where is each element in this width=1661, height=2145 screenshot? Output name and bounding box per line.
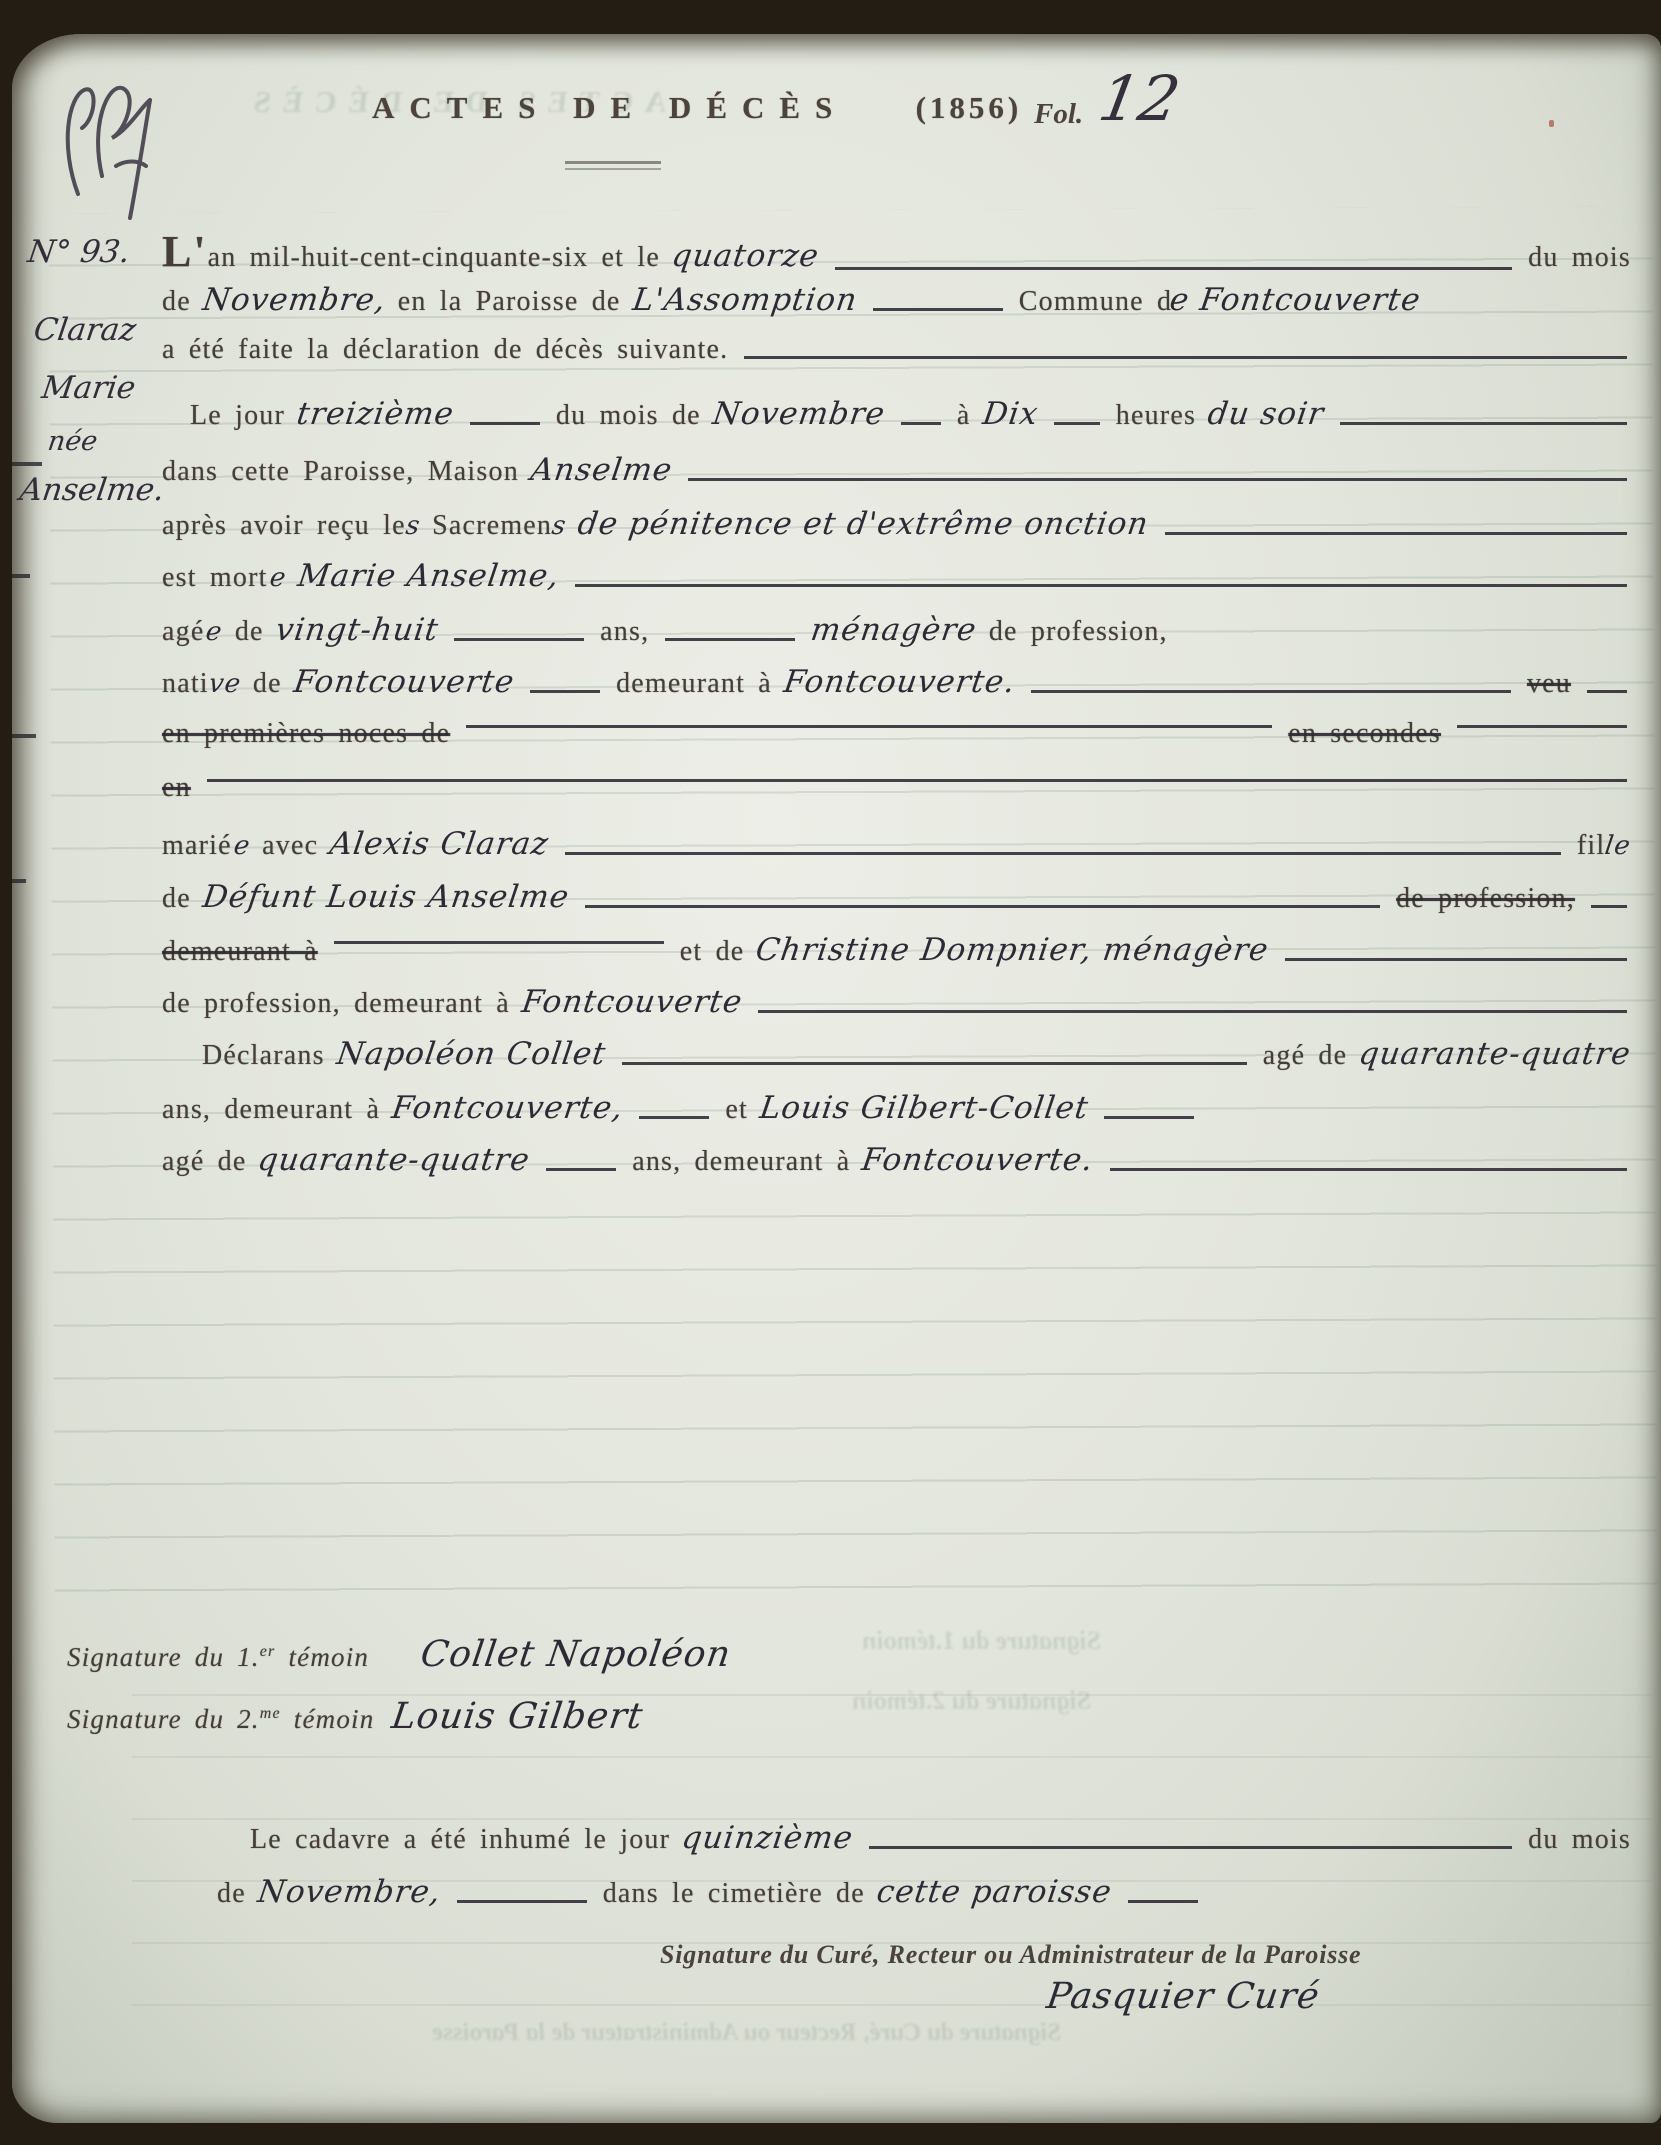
printed-text: et de bbox=[680, 936, 745, 968]
margin-nee: née bbox=[46, 426, 100, 457]
witness2-label-sup: me bbox=[260, 1705, 281, 1722]
handwritten-gender-mark: e bbox=[267, 563, 288, 593]
act-line-age-profession: agé e de vingt-huit ans, ménagère de pro… bbox=[162, 612, 1631, 648]
act-line-mother: demeurant à et de Christine Dompnier, mé… bbox=[162, 932, 1631, 968]
printed-text: de profession, demeurant à bbox=[162, 988, 510, 1020]
act-line-first-marriage-struck: en premières noces de en secondes bbox=[162, 718, 1631, 750]
printed-text: avec bbox=[262, 830, 318, 862]
handwritten-plural-mark: s bbox=[550, 511, 569, 541]
printed-text: du mois bbox=[1528, 242, 1631, 274]
handwritten-declarant2-age: quarante-quatre bbox=[256, 1142, 533, 1178]
fill-rule bbox=[869, 1846, 1512, 1849]
handwritten-day-name: treizième bbox=[295, 396, 457, 432]
printed-text: à bbox=[957, 400, 971, 432]
handwritten-sacraments: de pénitence et d'extrême onction bbox=[576, 506, 1152, 542]
act-line-declarant1: Déclarans Napoléon Collet agé de quarant… bbox=[162, 1036, 1631, 1072]
printed-text: du mois bbox=[1528, 1824, 1631, 1856]
ink-speck bbox=[1549, 120, 1554, 127]
fill-rule bbox=[901, 422, 941, 425]
handwritten-commune: e Fontcouverte bbox=[1168, 282, 1424, 318]
fill-rule bbox=[1054, 422, 1100, 425]
printed-text: du mois de bbox=[556, 400, 701, 432]
printed-text-struck: demeurant à bbox=[162, 936, 318, 968]
printed-text: Le cadavre a été inhumé le jour bbox=[250, 1824, 670, 1856]
printed-text: agé de bbox=[162, 1146, 246, 1178]
gutter-dash bbox=[12, 574, 30, 578]
handwritten-declarant2-name: Louis Gilbert-Collet bbox=[757, 1090, 1091, 1126]
cure-signature: Pasquier Curé bbox=[1047, 1976, 1320, 2017]
printed-text: de bbox=[235, 616, 264, 648]
fill-rule bbox=[1110, 1168, 1627, 1171]
folio-number: 12 bbox=[1094, 62, 1186, 135]
handwritten-parish: L'Assomption bbox=[630, 282, 859, 318]
act-line-house: dans cette Paroisse, Maison Anselme bbox=[162, 452, 1631, 488]
margin-act-number: N° 93. bbox=[25, 234, 132, 270]
printed-text-struck: veu bbox=[1527, 668, 1571, 700]
handwritten-day: quatorze bbox=[669, 238, 821, 274]
strike-rule bbox=[334, 941, 664, 944]
act-line-native: nati ve de Fontcouverte demeurant à Font… bbox=[162, 664, 1631, 700]
witness2-label-word: témoin bbox=[294, 1704, 375, 1734]
act-line-deceased: est mort e Marie Anselme, bbox=[162, 558, 1631, 594]
register-page: ACTES DE DÉCÈS Signature du 1.témoin Sig… bbox=[12, 34, 1661, 2123]
printed-text: L'an mil-huit-cent-cinquante-six et le bbox=[162, 226, 660, 277]
act-line-father: de Défunt Louis Anselme de profession, bbox=[162, 879, 1631, 915]
printed-text: Commune d bbox=[1019, 286, 1172, 318]
act-line-spouse: marié e avec Alexis Claraz fil le bbox=[162, 826, 1631, 862]
act-line-parish: de Novembre, en la Paroisse de L'Assompt… bbox=[162, 282, 1631, 318]
printed-text: et bbox=[725, 1094, 748, 1126]
printed-text-struck: en secondes bbox=[1288, 718, 1441, 750]
page-title: ACTES DE DÉCÈS (1856) bbox=[372, 90, 952, 126]
act-line-declarant2: ans, demeurant à Fontcouverte, et Louis … bbox=[162, 1090, 1631, 1126]
margin-surname: Claraz bbox=[31, 312, 138, 348]
handwritten-cemetery: cette paroisse bbox=[874, 1874, 1114, 1910]
printed-text: fil bbox=[1577, 830, 1605, 862]
printed-text: ans, bbox=[600, 616, 649, 648]
witness1-label-prefix: Signature du 1. bbox=[67, 1642, 260, 1672]
printed-text-struck: en premières noces de bbox=[162, 718, 450, 750]
printed-text: a été faite la déclaration de décès suiv… bbox=[162, 334, 728, 366]
handwritten-deceased-name: Marie Anselme, bbox=[295, 558, 561, 594]
act-line-en-struck: en bbox=[162, 772, 1631, 804]
printed-text: ans, demeurant à bbox=[162, 1094, 380, 1126]
printed-text: Déclarans bbox=[202, 1040, 325, 1072]
printed-text: Le jour bbox=[190, 400, 285, 432]
witness1-label-word: témoin bbox=[288, 1642, 369, 1672]
folio-label: Fol. bbox=[1034, 98, 1083, 131]
fill-rule bbox=[1128, 1900, 1198, 1903]
handwritten-age: vingt-huit bbox=[273, 612, 441, 648]
handwritten-month: Novembre bbox=[710, 396, 887, 432]
printed-text-struck: en bbox=[162, 772, 191, 804]
registrar-paraph-icon bbox=[56, 76, 176, 226]
fill-rule bbox=[622, 1062, 1247, 1065]
witness1-signature-line: Signature du 1.er témoin Collet Napoléon bbox=[67, 1634, 1631, 1675]
printed-text: Sacremen bbox=[432, 510, 552, 542]
fill-rule bbox=[1285, 958, 1627, 961]
printed-text: heures bbox=[1116, 400, 1196, 432]
act-line-year: L'an mil-huit-cent-cinquante-six et le q… bbox=[162, 226, 1631, 277]
acts-title-year: (1856) bbox=[916, 90, 1023, 125]
handwritten-declarant1-name: Napoléon Collet bbox=[334, 1036, 608, 1072]
fill-rule bbox=[665, 638, 795, 641]
handwritten-suffix: le bbox=[1603, 831, 1633, 861]
witness1-signature: Collet Napoléon bbox=[418, 1634, 734, 1675]
witness2-label: Signature du 2.me témoin bbox=[67, 1704, 374, 1735]
handwritten-gender-mark: e bbox=[232, 831, 253, 861]
witness2-signature-line: Signature du 2.me témoin Louis Gilbert bbox=[67, 1696, 1631, 1737]
handwritten-plural-mark: s bbox=[404, 511, 423, 541]
fill-rule bbox=[873, 308, 1003, 311]
printed-text-struck: de profession, bbox=[1396, 883, 1575, 915]
act-line-sacraments: après avoir reçu le s Sacremen s de péni… bbox=[162, 506, 1631, 542]
fill-rule bbox=[565, 852, 1561, 855]
fill-rule bbox=[546, 1168, 616, 1171]
printed-text: de bbox=[162, 883, 191, 915]
handwritten-residence: Fontcouverte. bbox=[860, 1142, 1096, 1178]
handwritten-declarant1-age: quarante-quatre bbox=[1357, 1036, 1634, 1072]
handwritten-profession: ménagère bbox=[809, 612, 980, 648]
handwritten-father-name: Défunt Louis Anselme bbox=[200, 879, 571, 915]
fill-rule bbox=[1591, 905, 1627, 908]
printed-text: en la Paroisse de bbox=[398, 286, 621, 318]
handwritten-mother-name: Christine Dompnier, ménagère bbox=[754, 932, 1272, 968]
fill-rule bbox=[530, 690, 600, 693]
act-line-declaration: a été faite la déclaration de décès suiv… bbox=[162, 334, 1631, 366]
fill-rule bbox=[639, 1116, 709, 1119]
fill-rule bbox=[1031, 690, 1511, 693]
burial-line-cemetery: de Novembre, dans le cimetière de cette … bbox=[217, 1874, 1241, 1910]
acts-title-text: ACTES DE DÉCÈS bbox=[372, 90, 847, 125]
printed-text: de bbox=[217, 1878, 246, 1910]
printed-text: après avoir reçu le bbox=[162, 510, 406, 542]
fill-rule bbox=[575, 584, 1627, 587]
fill-rule bbox=[744, 356, 1627, 359]
strike-rule bbox=[207, 779, 1627, 782]
gutter-dash bbox=[12, 462, 42, 466]
act-line-declarant2-age: agé de quarante-quatre ans, demeurant à … bbox=[162, 1142, 1631, 1178]
margin-firstname: Marie bbox=[39, 370, 137, 406]
gutter-dash bbox=[12, 734, 36, 738]
handwritten-spouse-name: Alexis Claraz bbox=[328, 826, 552, 862]
strike-rule bbox=[466, 725, 1272, 728]
printed-text: ans, demeurant à bbox=[632, 1146, 850, 1178]
fill-rule bbox=[457, 1900, 587, 1903]
fill-rule bbox=[1165, 532, 1627, 535]
witness1-label: Signature du 1.er témoin bbox=[67, 1642, 369, 1673]
handwritten-time-of-day: du soir bbox=[1206, 396, 1327, 432]
strike-rule bbox=[1457, 725, 1627, 728]
printed-text: demeurant à bbox=[616, 668, 772, 700]
fill-rule bbox=[470, 422, 540, 425]
handwritten-residence: Fontcouverte. bbox=[781, 664, 1017, 700]
handwritten-burial-day: quinzième bbox=[680, 1820, 856, 1856]
printed-text: dans cette Paroisse, Maison bbox=[162, 456, 519, 488]
act-line-day-hour: Le jour treizième du mois de Novembre à … bbox=[162, 396, 1631, 432]
fill-rule bbox=[585, 905, 1380, 908]
witness2-signature: Louis Gilbert bbox=[390, 1696, 647, 1737]
cure-signature-text: Pasquier Curé bbox=[1044, 1976, 1322, 2017]
printed-text: de bbox=[162, 286, 191, 318]
handwritten-gender-mark: ve bbox=[207, 669, 243, 699]
title-underline bbox=[565, 161, 661, 170]
act-line-mother-residence: de profession, demeurant à Fontcouverte bbox=[162, 984, 1631, 1020]
margin-maiden-name: Anselme. bbox=[17, 472, 166, 508]
gutter-dash bbox=[12, 879, 26, 883]
bleedthrough-cure-label: Signature du Curé, Recteur ou Administra… bbox=[431, 2019, 1063, 2047]
printed-text: de profession, bbox=[989, 616, 1168, 648]
printed-text: dans le cimetière de bbox=[603, 1878, 865, 1910]
printed-text: marié bbox=[162, 830, 232, 862]
printed-text: est mort bbox=[162, 562, 268, 594]
witness1-label-sup: er bbox=[260, 1643, 276, 1660]
fill-rule bbox=[1104, 1116, 1194, 1119]
printed-text: agé bbox=[162, 616, 204, 648]
cure-signature-label: Signature du Curé, Recteur ou Administra… bbox=[660, 1940, 1361, 1970]
handwritten-burial-month: Novembre, bbox=[255, 1874, 443, 1910]
fill-rule bbox=[454, 638, 584, 641]
fill-rule bbox=[758, 1010, 1627, 1013]
handwritten-month: Novembre, bbox=[200, 282, 388, 318]
printed-text: agé de bbox=[1263, 1040, 1347, 1072]
handwritten-residence: Fontcouverte bbox=[519, 984, 744, 1020]
printed-text: nati bbox=[162, 668, 209, 700]
fill-rule bbox=[1587, 690, 1627, 693]
handwritten-hour: Dix bbox=[980, 396, 1040, 432]
burial-line-day: Le cadavre a été inhumé le jour quinzièm… bbox=[250, 1820, 1631, 1856]
fill-rule bbox=[835, 267, 1512, 270]
witness2-label-prefix: Signature du 2. bbox=[67, 1704, 260, 1734]
fill-rule bbox=[1340, 422, 1627, 425]
handwritten-birthplace: Fontcouverte bbox=[291, 664, 516, 700]
fill-rule bbox=[688, 478, 1627, 481]
handwritten-house: Anselme bbox=[528, 452, 674, 488]
printed-text: de bbox=[253, 668, 282, 700]
handwritten-gender-mark: e bbox=[204, 617, 225, 647]
handwritten-residence: Fontcouverte, bbox=[390, 1090, 626, 1126]
